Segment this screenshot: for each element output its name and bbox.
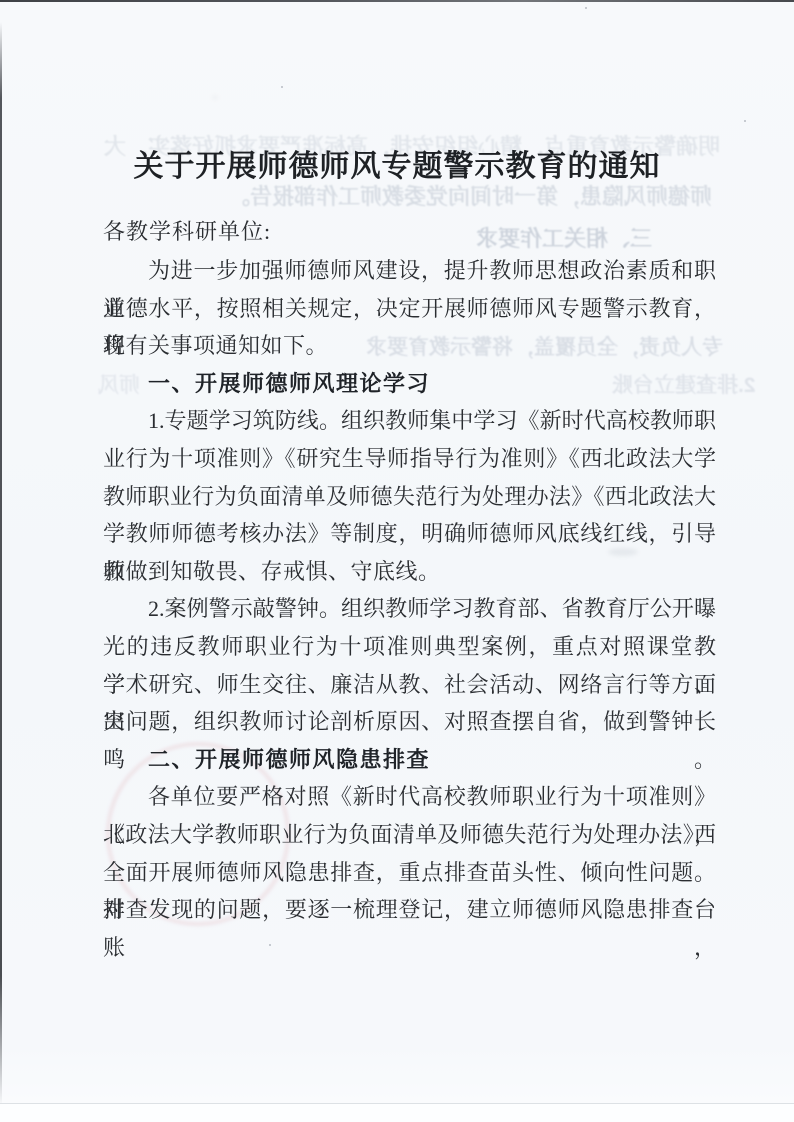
body-line: 道德水平，按照相关规定，决定开展师德师风专题警示教育，现 xyxy=(103,290,716,328)
body-line: 为进一步加强师德师风建设，提升教师思想政治素质和职业 xyxy=(103,252,716,290)
body-line: 将有关事项通知如下。 xyxy=(103,327,716,365)
dust-speck xyxy=(281,86,283,88)
body-line: 教师职业行为负面清单及师德失范行为处理办法》《西北政法大 xyxy=(103,478,716,516)
document-title: 关于开展师德师风专题警示教育的通知 xyxy=(0,147,794,187)
body-line: 2.案例警示敲警钟。组织教师学习教育部、省教育厅公开曝 xyxy=(103,590,716,628)
salutation: 各教学科研单位: xyxy=(103,216,271,248)
bleedthrough-text: 三、相关工作要求 xyxy=(476,226,652,252)
document-body: 为进一步加强师德师风建设，提升教师思想政治素质和职业道德水平，按照相关规定，决定… xyxy=(103,252,716,929)
body-line: 学术研究、师生交往、廉洁从教、社会活动、网络言行等方面突 xyxy=(103,666,716,704)
body-line: 各单位要严格对照《新时代高校教师职业行为十项准则》《西 xyxy=(103,778,716,816)
body-line: 光的违反教师职业行为十项准则典型案例，重点对照课堂教学、 xyxy=(103,628,716,666)
body-line: 1.专题学习筑防线。组织教师集中学习《新时代高校教师职 xyxy=(103,402,716,440)
scan-edge-top xyxy=(0,0,794,2)
body-line: 排查发现的问题，要逐一梳理登记，建立师德师风隐患排查台账， xyxy=(103,891,716,929)
dust-speck xyxy=(744,120,746,122)
body-line: 出问题，组织教师讨论剖析原因、对照查摆自省，做到警钟长鸣。 xyxy=(103,703,716,741)
body-line: 北政法大学教师职业行为负面清单及师德失范行为处理办法》， xyxy=(103,816,716,854)
dust-speck xyxy=(585,7,587,9)
body-line: 师做到知敬畏、存戒惧、守底线。 xyxy=(103,553,716,591)
body-line: 全面开展师德师风隐患排查，重点排查苗头性、倾向性问题。对 xyxy=(103,854,716,892)
bleedthrough-text: 师德师风隐患，第一时间向党委教师工作部报告。 xyxy=(228,184,712,210)
smudge-mark xyxy=(212,96,218,99)
scanned-page: 明确警示教育重点，精心组织安排，高标准严要求抓好落实，大师德师风隐患，第一时间向… xyxy=(0,0,794,1122)
section-heading: 一、开展师德师风理论学习 xyxy=(103,365,716,403)
body-line: 业行为十项准则》《研究生导师指导行为准则》《西北政法大学 xyxy=(103,440,716,478)
scan-bottom-edge xyxy=(0,1103,794,1122)
body-line: 学教师师德考核办法》等制度，明确师德师风底线红线，引导教 xyxy=(103,515,716,553)
